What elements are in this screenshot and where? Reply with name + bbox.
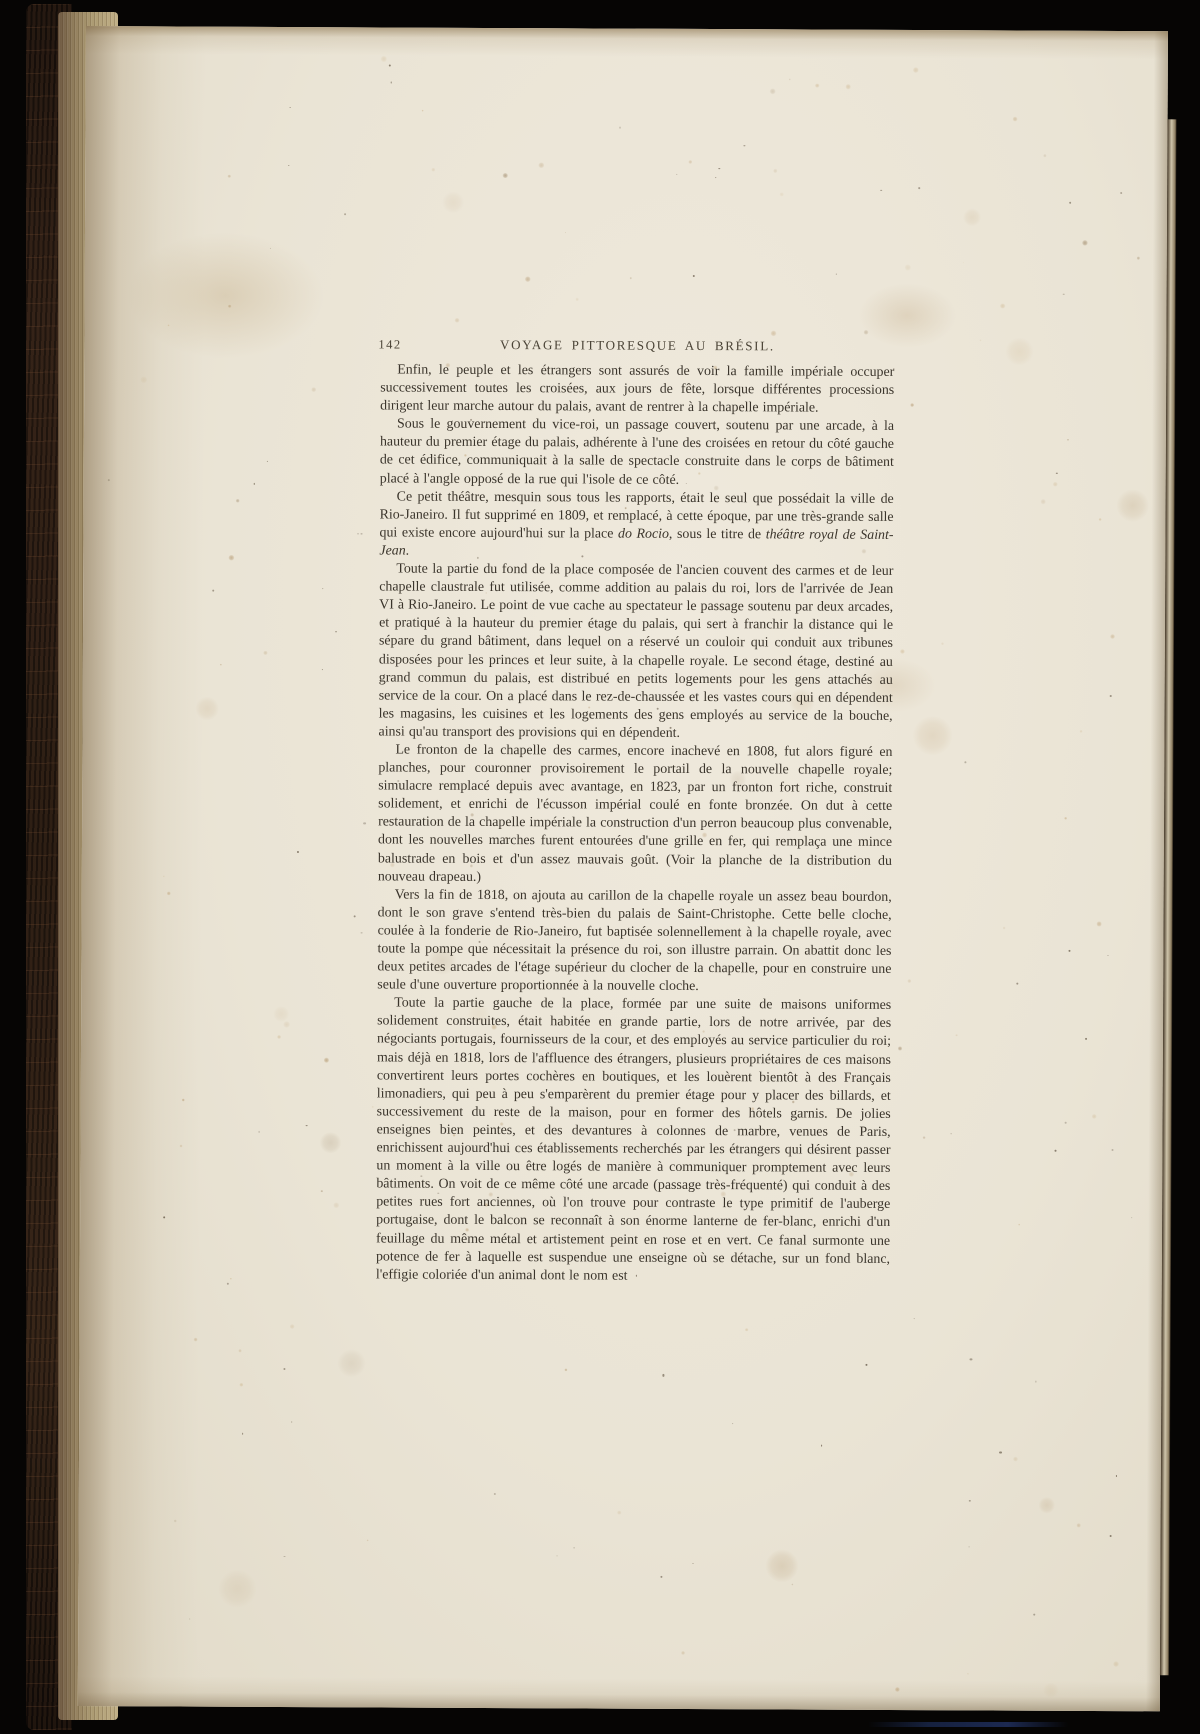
paragraph: Ce petit théâtre, mesquin sous tous les … xyxy=(379,488,893,563)
paragraph: Le fronton de la chapelle des carmes, en… xyxy=(378,741,893,888)
paragraph: Toute la partie gauche de la place, form… xyxy=(376,995,891,1287)
body-text: Enfin, le peuple et les étrangers sont a… xyxy=(376,361,895,1286)
binding-mark xyxy=(868,1722,1068,1727)
book-page: 142 VOYAGE PITTORESQUE AU BRÉSIL. Enfin,… xyxy=(78,26,1168,1711)
paragraph: Enfin, le peuple et les étrangers sont a… xyxy=(380,361,894,418)
paragraph: Vers la fin de 1818, on ajouta au carill… xyxy=(377,886,892,997)
running-title: VOYAGE PITTORESQUE AU BRÉSIL. xyxy=(500,337,775,353)
paragraph: Toute la partie du fond de la place comp… xyxy=(379,560,894,743)
page-header: 142 VOYAGE PITTORESQUE AU BRÉSIL. xyxy=(380,335,894,358)
photo-background: 142 VOYAGE PITTORESQUE AU BRÉSIL. Enfin,… xyxy=(0,0,1200,1734)
paragraph: Sous le gouvernement du vice-roi, un pas… xyxy=(380,416,894,491)
text-block: 142 VOYAGE PITTORESQUE AU BRÉSIL. Enfin,… xyxy=(376,335,895,1286)
page-number: 142 xyxy=(378,337,401,352)
